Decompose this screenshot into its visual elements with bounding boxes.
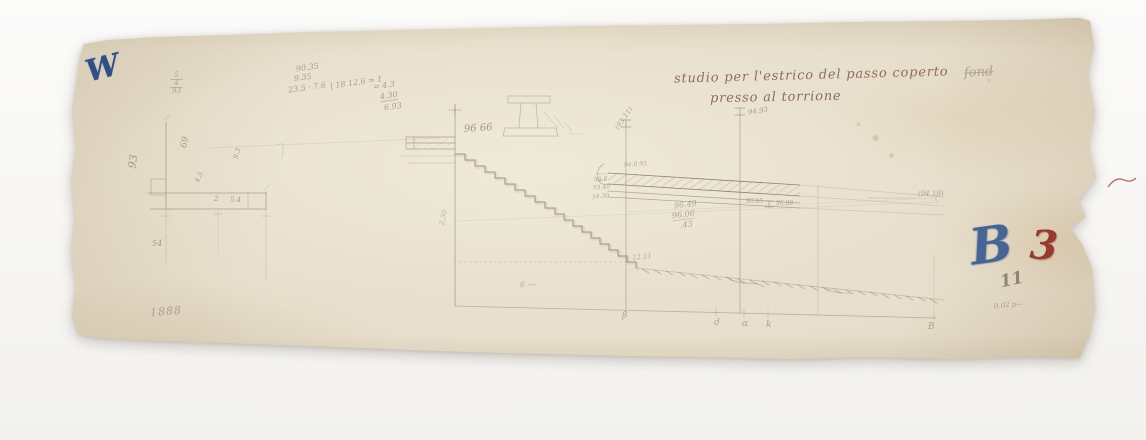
- year-note: 1888: [150, 305, 183, 319]
- fraction-top: 5: [170, 72, 183, 79]
- staircase-section: [400, 104, 638, 306]
- drawing-layer: [68, 16, 1108, 372]
- fraction-bottom: 93: [170, 87, 183, 95]
- baseline-letter: k: [766, 321, 771, 330]
- level-label-9608: 96.08: [776, 201, 793, 207]
- baseline-letter: d: [714, 319, 720, 328]
- archive-letter-b: B: [967, 217, 1016, 272]
- calc-stack-line3: .43: [680, 220, 694, 229]
- ground-terrain: [455, 262, 944, 320]
- band-number: 93.40: [593, 184, 611, 191]
- foxing-spot: [888, 152, 895, 159]
- left-sketch-number: 2: [214, 196, 218, 203]
- fraction-mid: 4: [170, 79, 183, 87]
- pavement-section: [596, 108, 944, 317]
- archive-number-11: 11: [998, 270, 1025, 292]
- archive-letter-w: W: [83, 50, 123, 87]
- paper-sheet-shadow: W 5 4 93 90.35 9.35 23.5 · 7.6 | 18 12.6…: [68, 16, 1108, 376]
- level-label-9605: 96.05: [746, 199, 763, 205]
- left-sketch-number: 54: [152, 240, 162, 248]
- baseline-letter: β: [622, 312, 627, 321]
- band-number: 54.30: [592, 193, 610, 200]
- left-sketch-number: 5.4: [230, 197, 241, 204]
- scanner-background: W 5 4 93 90.35 9.35 23.5 · 7.6 | 18 12.6…: [0, 0, 1146, 440]
- archive-number-3: 3: [1029, 225, 1060, 267]
- level-label-9419: (94.19): [918, 191, 944, 198]
- foxing-spot: [856, 122, 861, 127]
- left-sketch-number: 93: [127, 154, 140, 169]
- baseline-letter: α: [742, 320, 748, 329]
- foxing-spot: [986, 78, 992, 83]
- foxing-spot: [871, 134, 880, 142]
- note-6: 6 —: [520, 281, 536, 289]
- ink-title-line2: presso al torrione: [710, 90, 842, 105]
- red-fiber-mark: [1106, 174, 1140, 192]
- paper-sheet: W 5 4 93 90.35 9.35 23.5 · 7.6 | 18 12.6…: [68, 16, 1108, 376]
- construction-lines: [208, 138, 940, 221]
- pier-elevation-sketch: [503, 96, 582, 136]
- level-label-9666: 96 66: [464, 123, 493, 135]
- fraction-note: 5 4 93: [170, 72, 183, 95]
- baseline-letter: B: [928, 323, 935, 332]
- band-number: 93.8: [594, 177, 608, 184]
